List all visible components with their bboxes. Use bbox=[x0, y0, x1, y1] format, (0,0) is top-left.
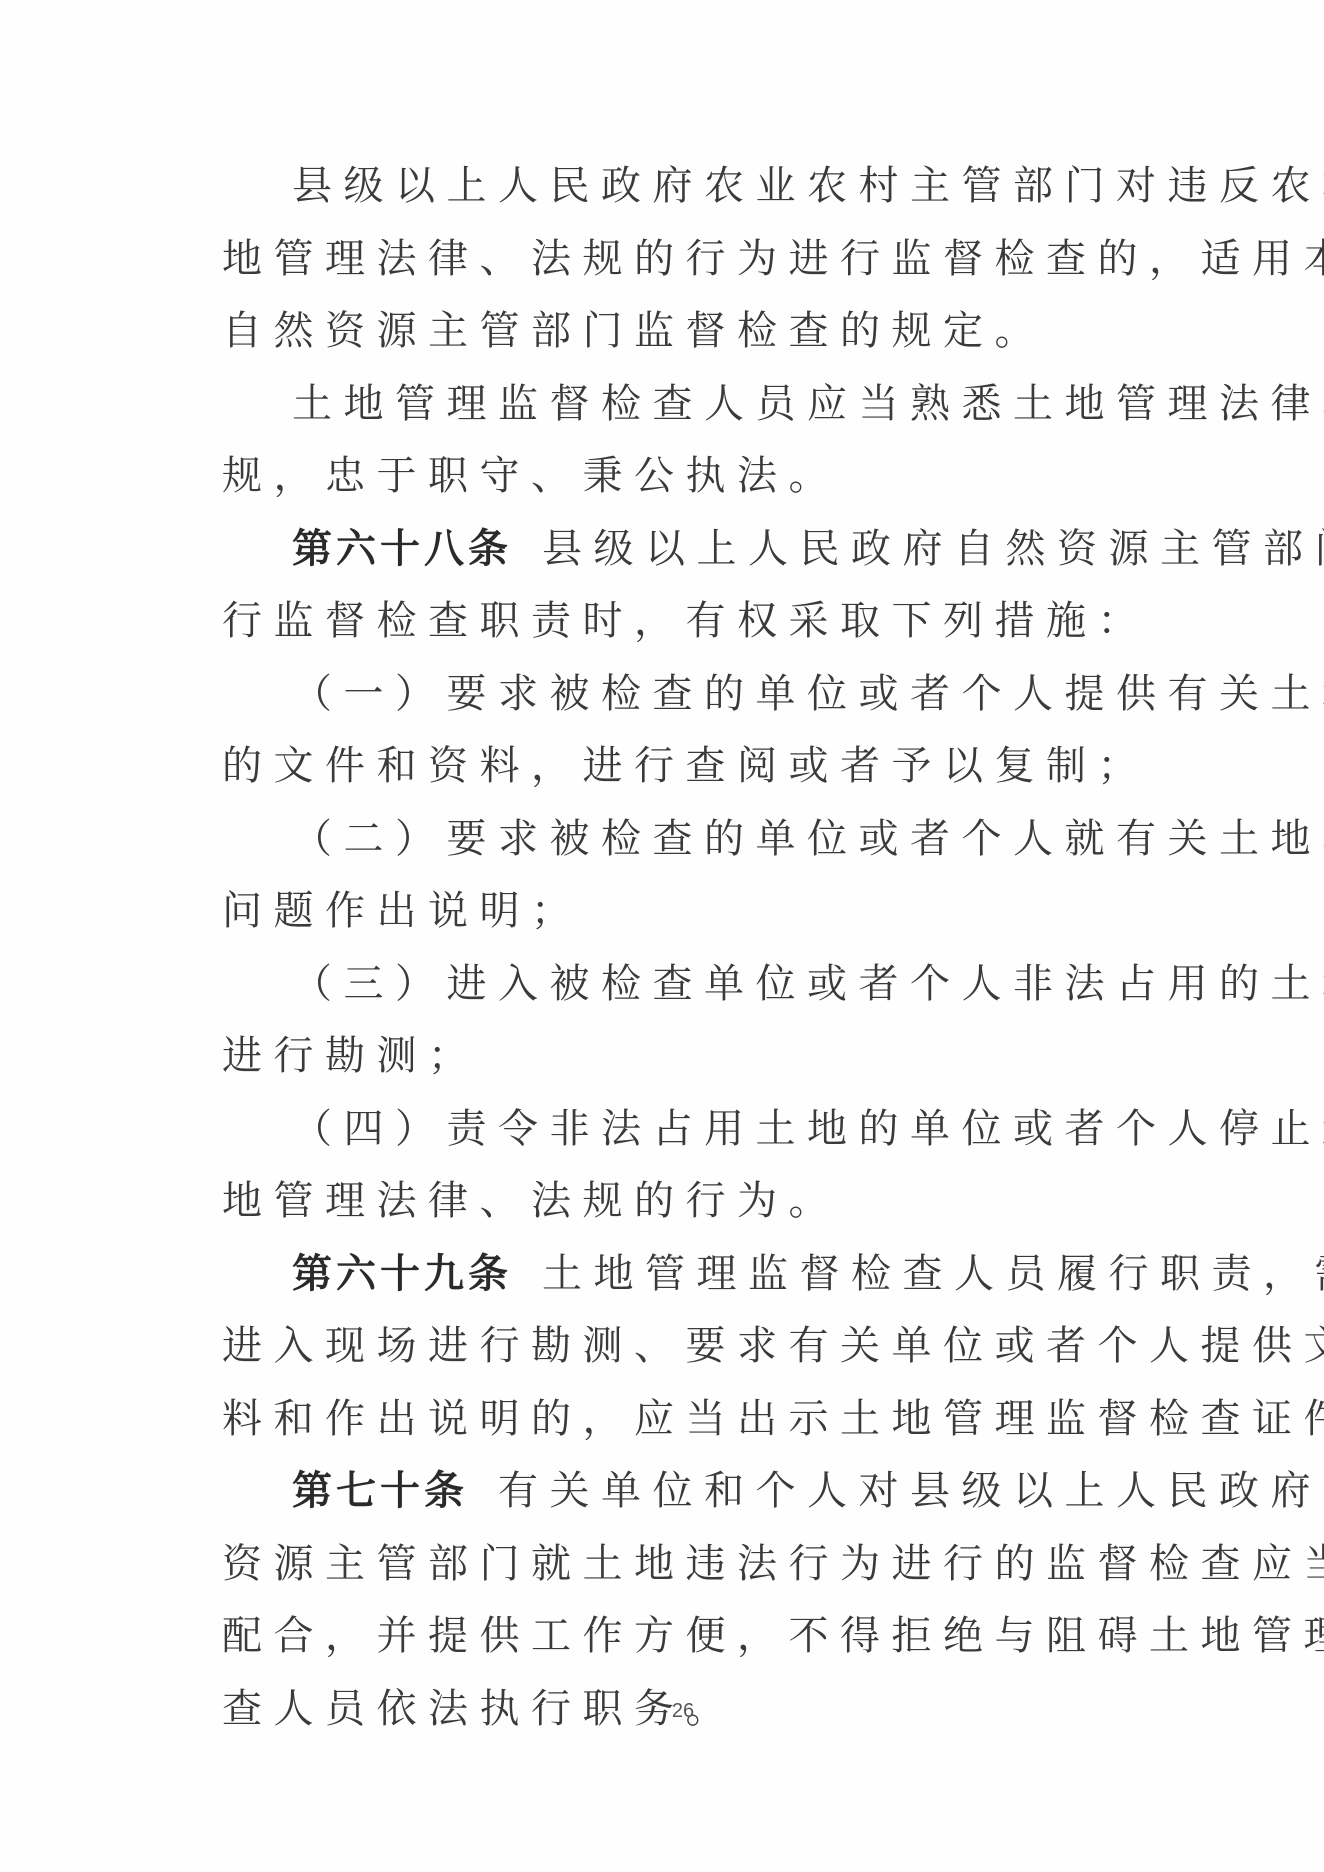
text-line: （四）责令非法占用土地的单位或者个人停止违反土 bbox=[222, 1093, 1122, 1166]
article-number: 第六十八条 bbox=[292, 526, 512, 572]
line-text: 规，忠于职守、秉公执法。 bbox=[222, 453, 840, 499]
article-line: 第六十八条县级以上人民政府自然资源主管部门履 bbox=[222, 513, 1122, 586]
document-body: 县级以上人民政府农业农村主管部门对违反农村宅基地管理法律、法规的行为进行监督检查… bbox=[222, 150, 1122, 1745]
text-line: 配合，并提供工作方便，不得拒绝与阻碍土地管理监督检 bbox=[222, 1600, 1122, 1673]
text-line: 料和作出说明的，应当出示土地管理监督检查证件。 bbox=[222, 1383, 1122, 1456]
line-text: 进行勘测； bbox=[222, 1033, 480, 1079]
text-line: 行监督检查职责时，有权采取下列措施： bbox=[222, 585, 1122, 658]
text-line: 进行勘测； bbox=[222, 1020, 1122, 1093]
line-text: 县级以上人民政府自然资源主管部门履 bbox=[542, 526, 1324, 572]
article-number: 第六十九条 bbox=[292, 1251, 512, 1297]
text-line: 自然资源主管部门监督检查的规定。 bbox=[222, 295, 1122, 368]
text-line: 地管理法律、法规的行为。 bbox=[222, 1165, 1122, 1238]
line-text: 土地管理监督检查人员应当熟悉土地管理法律、法 bbox=[292, 381, 1324, 427]
text-line: 问题作出说明； bbox=[222, 875, 1122, 948]
text-line: （三）进入被检查单位或者个人非法占用的土地现场 bbox=[222, 948, 1122, 1021]
text-line: 的文件和资料，进行查阅或者予以复制； bbox=[222, 730, 1122, 803]
text-line: 规，忠于职守、秉公执法。 bbox=[222, 440, 1122, 513]
line-text: 地管理法律、法规的行为。 bbox=[222, 1178, 840, 1224]
line-text: 进入现场进行勘测、要求有关单位或者个人提供文件、资 bbox=[222, 1323, 1324, 1369]
text-line: （二）要求被检查的单位或者个人就有关土地权利的 bbox=[222, 803, 1122, 876]
line-text: （二）要求被检查的单位或者个人就有关土地权利的 bbox=[292, 816, 1324, 862]
line-text: 的文件和资料，进行查阅或者予以复制； bbox=[222, 743, 1149, 789]
document-page: 县级以上人民政府农业农村主管部门对违反农村宅基地管理法律、法规的行为进行监督检查… bbox=[0, 0, 1324, 1872]
line-text: 土地管理监督检查人员履行职责，需要 bbox=[542, 1251, 1324, 1297]
line-text: 县级以上人民政府农业农村主管部门对违反农村宅基 bbox=[292, 163, 1324, 209]
line-text: （四）责令非法占用土地的单位或者个人停止违反土 bbox=[292, 1106, 1324, 1152]
line-text: 有关单位和个人对县级以上人民政府自然 bbox=[498, 1468, 1324, 1514]
line-text: （一）要求被检查的单位或者个人提供有关土地权利 bbox=[292, 671, 1324, 717]
line-text: 问题作出说明； bbox=[222, 888, 583, 934]
article-line: 第七十条有关单位和个人对县级以上人民政府自然 bbox=[222, 1455, 1122, 1528]
article-line: 第六十九条土地管理监督检查人员履行职责，需要 bbox=[222, 1238, 1122, 1311]
line-text: 自然资源主管部门监督检查的规定。 bbox=[222, 308, 1046, 354]
line-text: 地管理法律、法规的行为进行监督检查的，适用本法关于 bbox=[222, 236, 1324, 282]
article-number: 第七十条 bbox=[292, 1468, 468, 1514]
line-text: （三）进入被检查单位或者个人非法占用的土地现场 bbox=[292, 961, 1324, 1007]
page-number: 26 bbox=[0, 1700, 1324, 1723]
line-text: 料和作出说明的，应当出示土地管理监督检查证件。 bbox=[222, 1396, 1324, 1442]
line-text: 配合，并提供工作方便，不得拒绝与阻碍土地管理监督检 bbox=[222, 1613, 1324, 1659]
line-text: 资源主管部门就土地违法行为进行的监督检查应当支持与 bbox=[222, 1541, 1324, 1587]
text-line: 土地管理监督检查人员应当熟悉土地管理法律、法 bbox=[222, 368, 1122, 441]
line-text: 行监督检查职责时，有权采取下列措施： bbox=[222, 598, 1149, 644]
text-line: （一）要求被检查的单位或者个人提供有关土地权利 bbox=[222, 658, 1122, 731]
text-line: 进入现场进行勘测、要求有关单位或者个人提供文件、资 bbox=[222, 1310, 1122, 1383]
text-line: 地管理法律、法规的行为进行监督检查的，适用本法关于 bbox=[222, 223, 1122, 296]
text-line: 县级以上人民政府农业农村主管部门对违反农村宅基 bbox=[222, 150, 1122, 223]
text-line: 资源主管部门就土地违法行为进行的监督检查应当支持与 bbox=[222, 1528, 1122, 1601]
